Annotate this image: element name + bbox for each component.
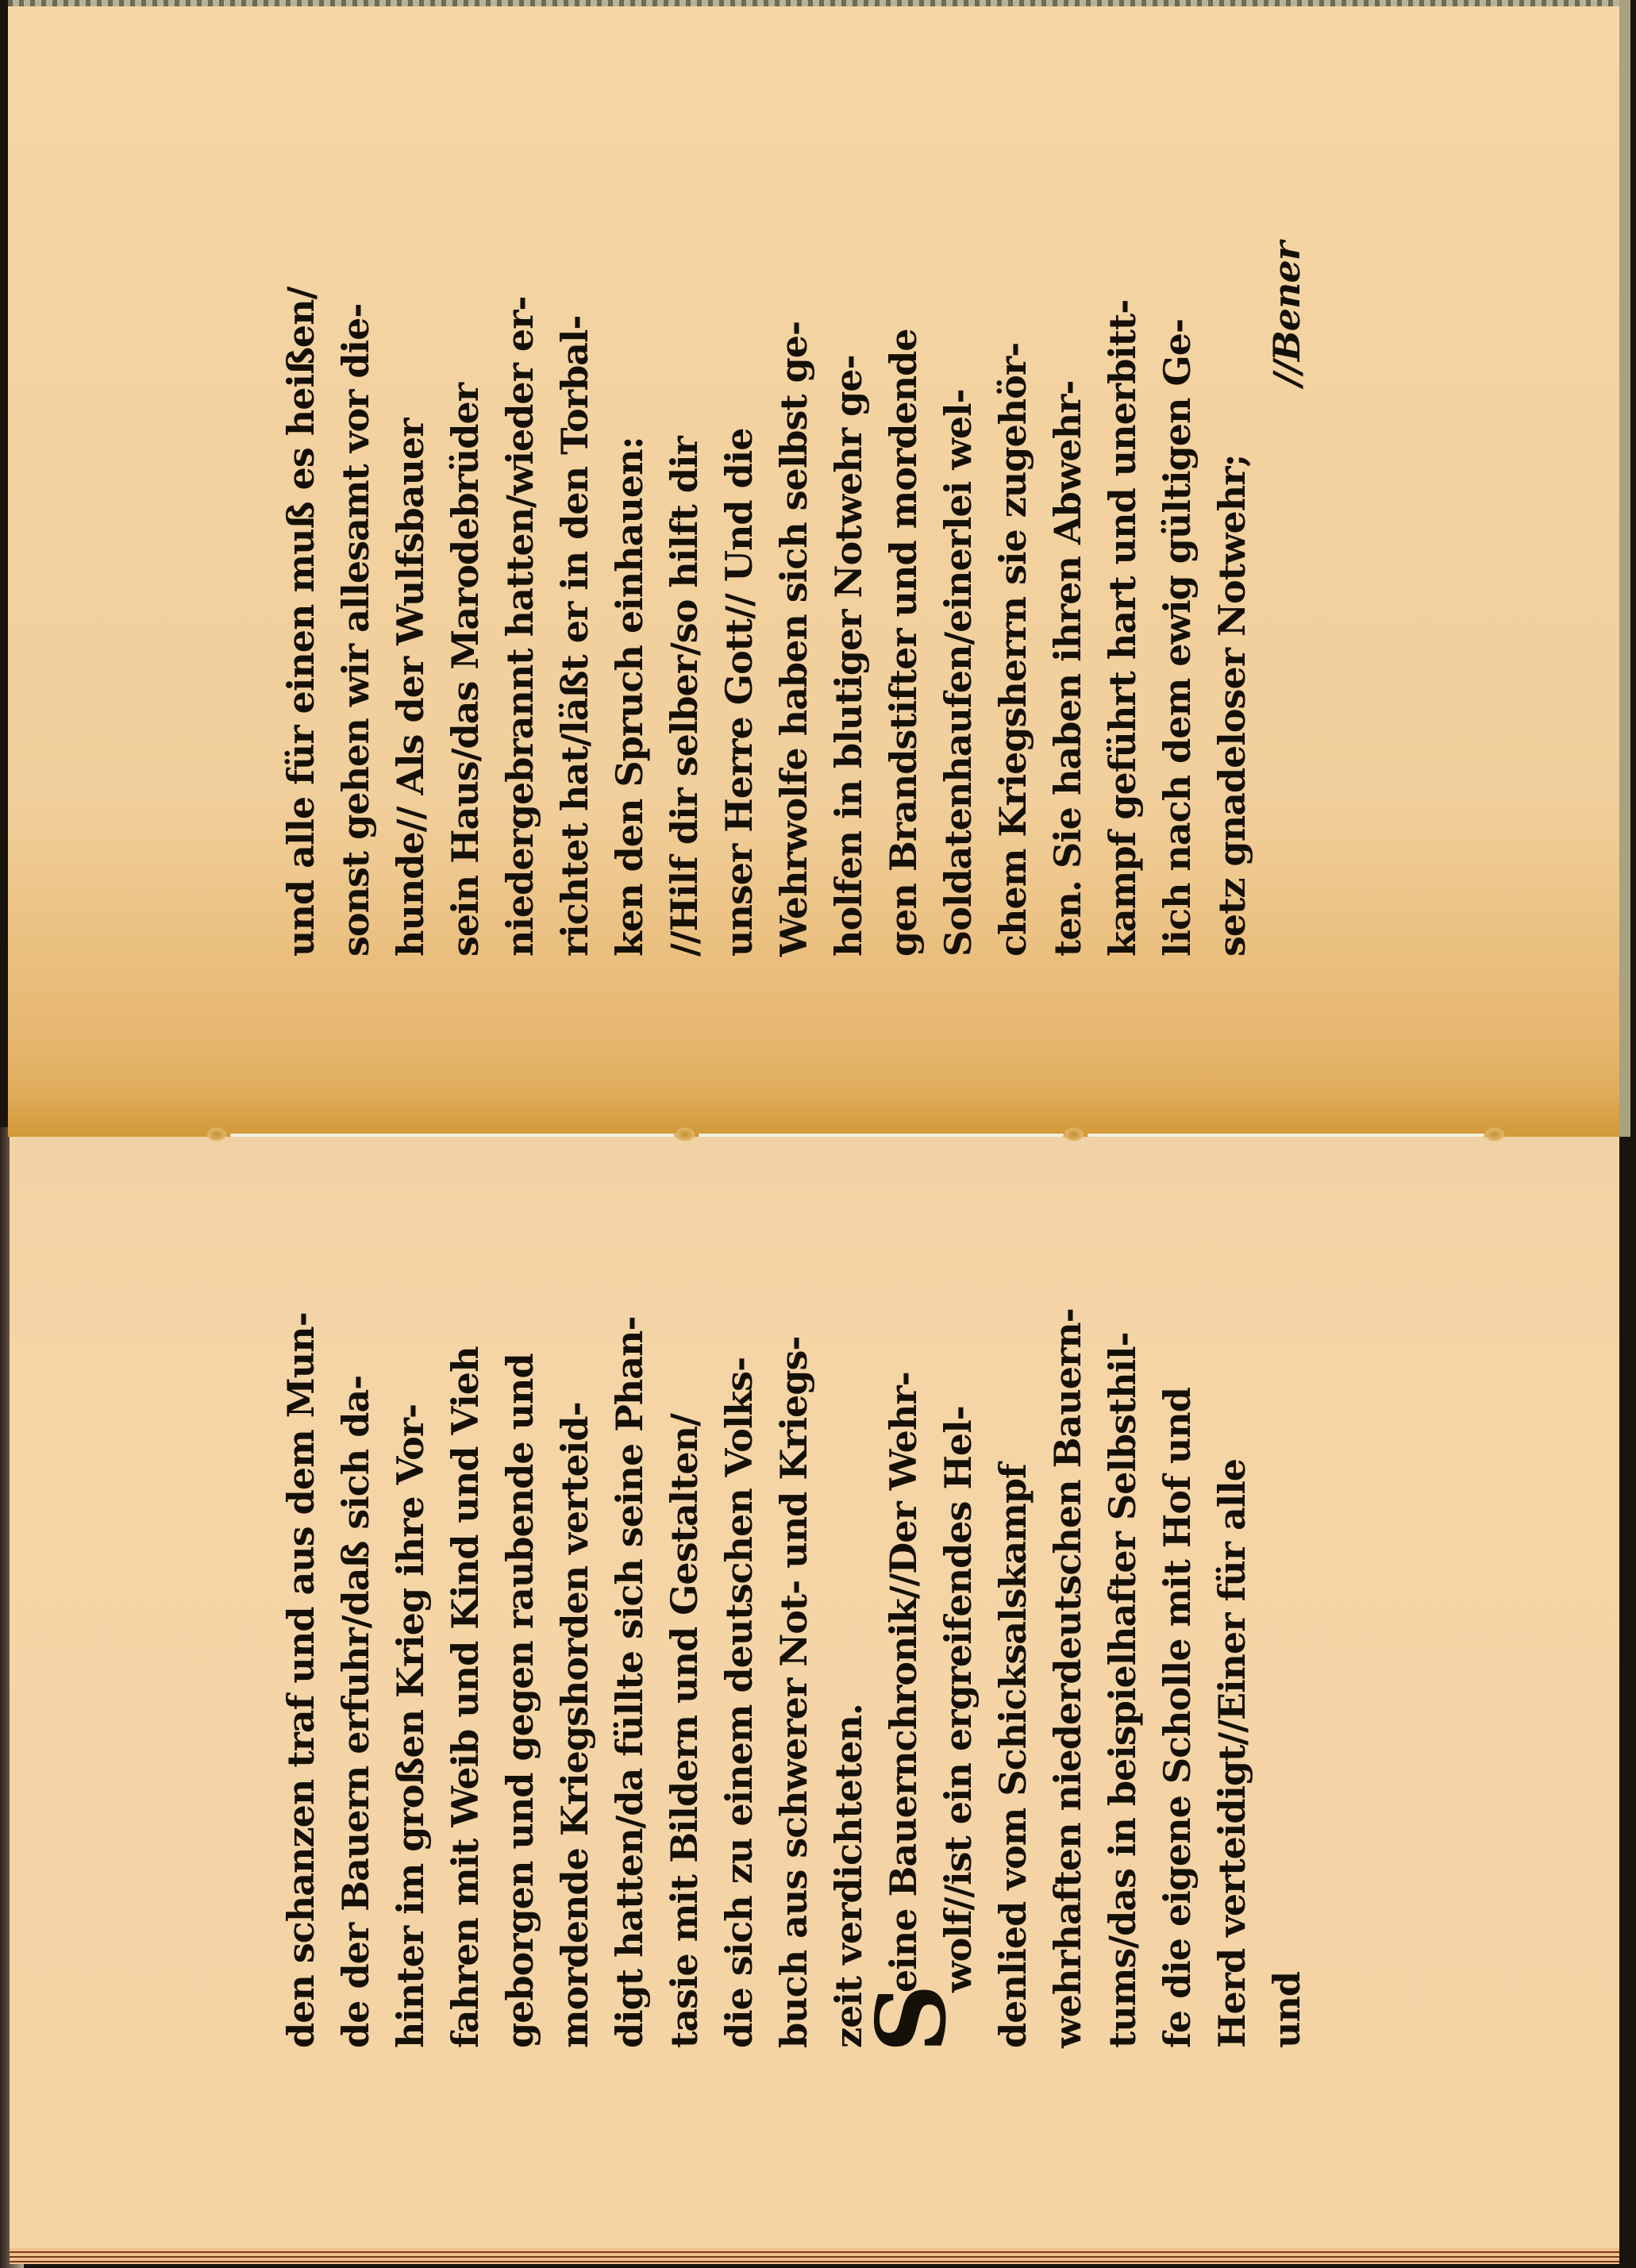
text-line: zeit verdichteten. bbox=[822, 1302, 876, 2048]
text-line: Soldatenhaufen/einerlei wel- bbox=[931, 226, 986, 957]
text-line: richtet hat/läßt er in den Torbal- bbox=[548, 226, 602, 957]
text-line: setz gnadeloser Notwehr; bbox=[1205, 226, 1260, 957]
text-line: de der Bauern erfuhr/daß sich da- bbox=[329, 1302, 383, 2048]
stitch-hole bbox=[1064, 1127, 1084, 1142]
binding-thread bbox=[699, 1134, 1064, 1137]
text-line-content: eine Bauernchronik//Der Wehr- bbox=[882, 1372, 925, 2048]
binding-thread bbox=[230, 1134, 675, 1137]
text-line: denlied vom Schicksalskampf bbox=[986, 1302, 1041, 2048]
text-line: Wehrwolfe haben sich selbst ge- bbox=[767, 226, 822, 957]
text-line: fahren mit Weib und Kind und Vieh bbox=[438, 1302, 493, 2048]
gutter-shadow bbox=[8, 1095, 1619, 1137]
text-line: fe die eigene Scholle mit Hof und bbox=[1150, 1302, 1205, 2048]
text-line: digt hatten/da füllte sich seine Phan- bbox=[602, 1302, 657, 2048]
text-line: ten. Sie haben ihren Abwehr- bbox=[1041, 226, 1095, 957]
text-line: Herd verteidigt//Einer für alle bbox=[1205, 1302, 1260, 2048]
text-line: den schanzen traf und aus dem Mun- bbox=[274, 1302, 329, 2048]
text-line: wehrhaften niederdeutschen Bauern- bbox=[1041, 1302, 1095, 2048]
text-line: wolf//ist ein ergreifendes Hel- bbox=[931, 1302, 986, 2048]
text-line: hinter im großen Krieg ihre Vor- bbox=[383, 1302, 438, 2048]
text-line: tums/das in beispielhafter Selbsthil- bbox=[1095, 1302, 1150, 2048]
stitch-hole bbox=[1484, 1127, 1505, 1142]
stitch-hole bbox=[206, 1127, 227, 1142]
text-line: hunde// Als der Wulfsbauer bbox=[383, 226, 438, 957]
binding-thread bbox=[1087, 1134, 1484, 1137]
text-line: und alle für einen muß es heißen/ bbox=[274, 226, 329, 957]
text-line-initial: Seine Bauernchronik//Der Wehr- bbox=[876, 1302, 931, 2048]
book-spread: und alle für einen muß es heißen/ sonst … bbox=[0, 0, 1636, 2268]
text-line: chem Kriegsherrn sie zugehör- bbox=[986, 226, 1041, 957]
page-top-edge bbox=[8, 0, 1619, 6]
text-line: gen Brandstifter und mordende bbox=[876, 226, 931, 957]
lower-page-text: den schanzen traf und aus dem Mun- de de… bbox=[274, 1302, 1315, 2048]
text-line: kampf geführt hart und unerbitt- bbox=[1095, 226, 1150, 957]
page-edge-stack bbox=[10, 2248, 1619, 2264]
text-line: tasie mit Bildern und Gestalten/ bbox=[657, 1302, 712, 2048]
text-line: buch aus schwerer Not- und Kriegs- bbox=[767, 1302, 822, 2048]
text-line: ken den Spruch einhauen: bbox=[602, 226, 657, 957]
text-line: //Hilf dir selber/so hilft dir bbox=[657, 226, 712, 957]
text-line: holfen in blutiger Notwehr ge- bbox=[822, 226, 876, 957]
text-line: niedergebrannt hatten/wieder er- bbox=[493, 226, 548, 957]
text-line: sonst gehen wir allesamt vor die- bbox=[329, 226, 383, 957]
text-line: lich nach dem ewig gültigen Ge- bbox=[1150, 226, 1205, 957]
text-line: die sich zu einem deutschen Volks- bbox=[712, 1302, 767, 2048]
text-line: unser Herre Gott// Und die bbox=[712, 226, 767, 957]
signature: //Bener bbox=[1260, 226, 1315, 957]
text-line: geborgen und gegen raubende und bbox=[493, 1302, 548, 2048]
text-line: mordende Kriegshorden verteid- bbox=[548, 1302, 602, 2048]
stitch-hole bbox=[675, 1127, 695, 1142]
text-line: und bbox=[1260, 1302, 1315, 2048]
upper-page-text: und alle für einen muß es heißen/ sonst … bbox=[274, 226, 1315, 957]
text-line: sein Haus/das Marodebrüder bbox=[438, 226, 493, 957]
